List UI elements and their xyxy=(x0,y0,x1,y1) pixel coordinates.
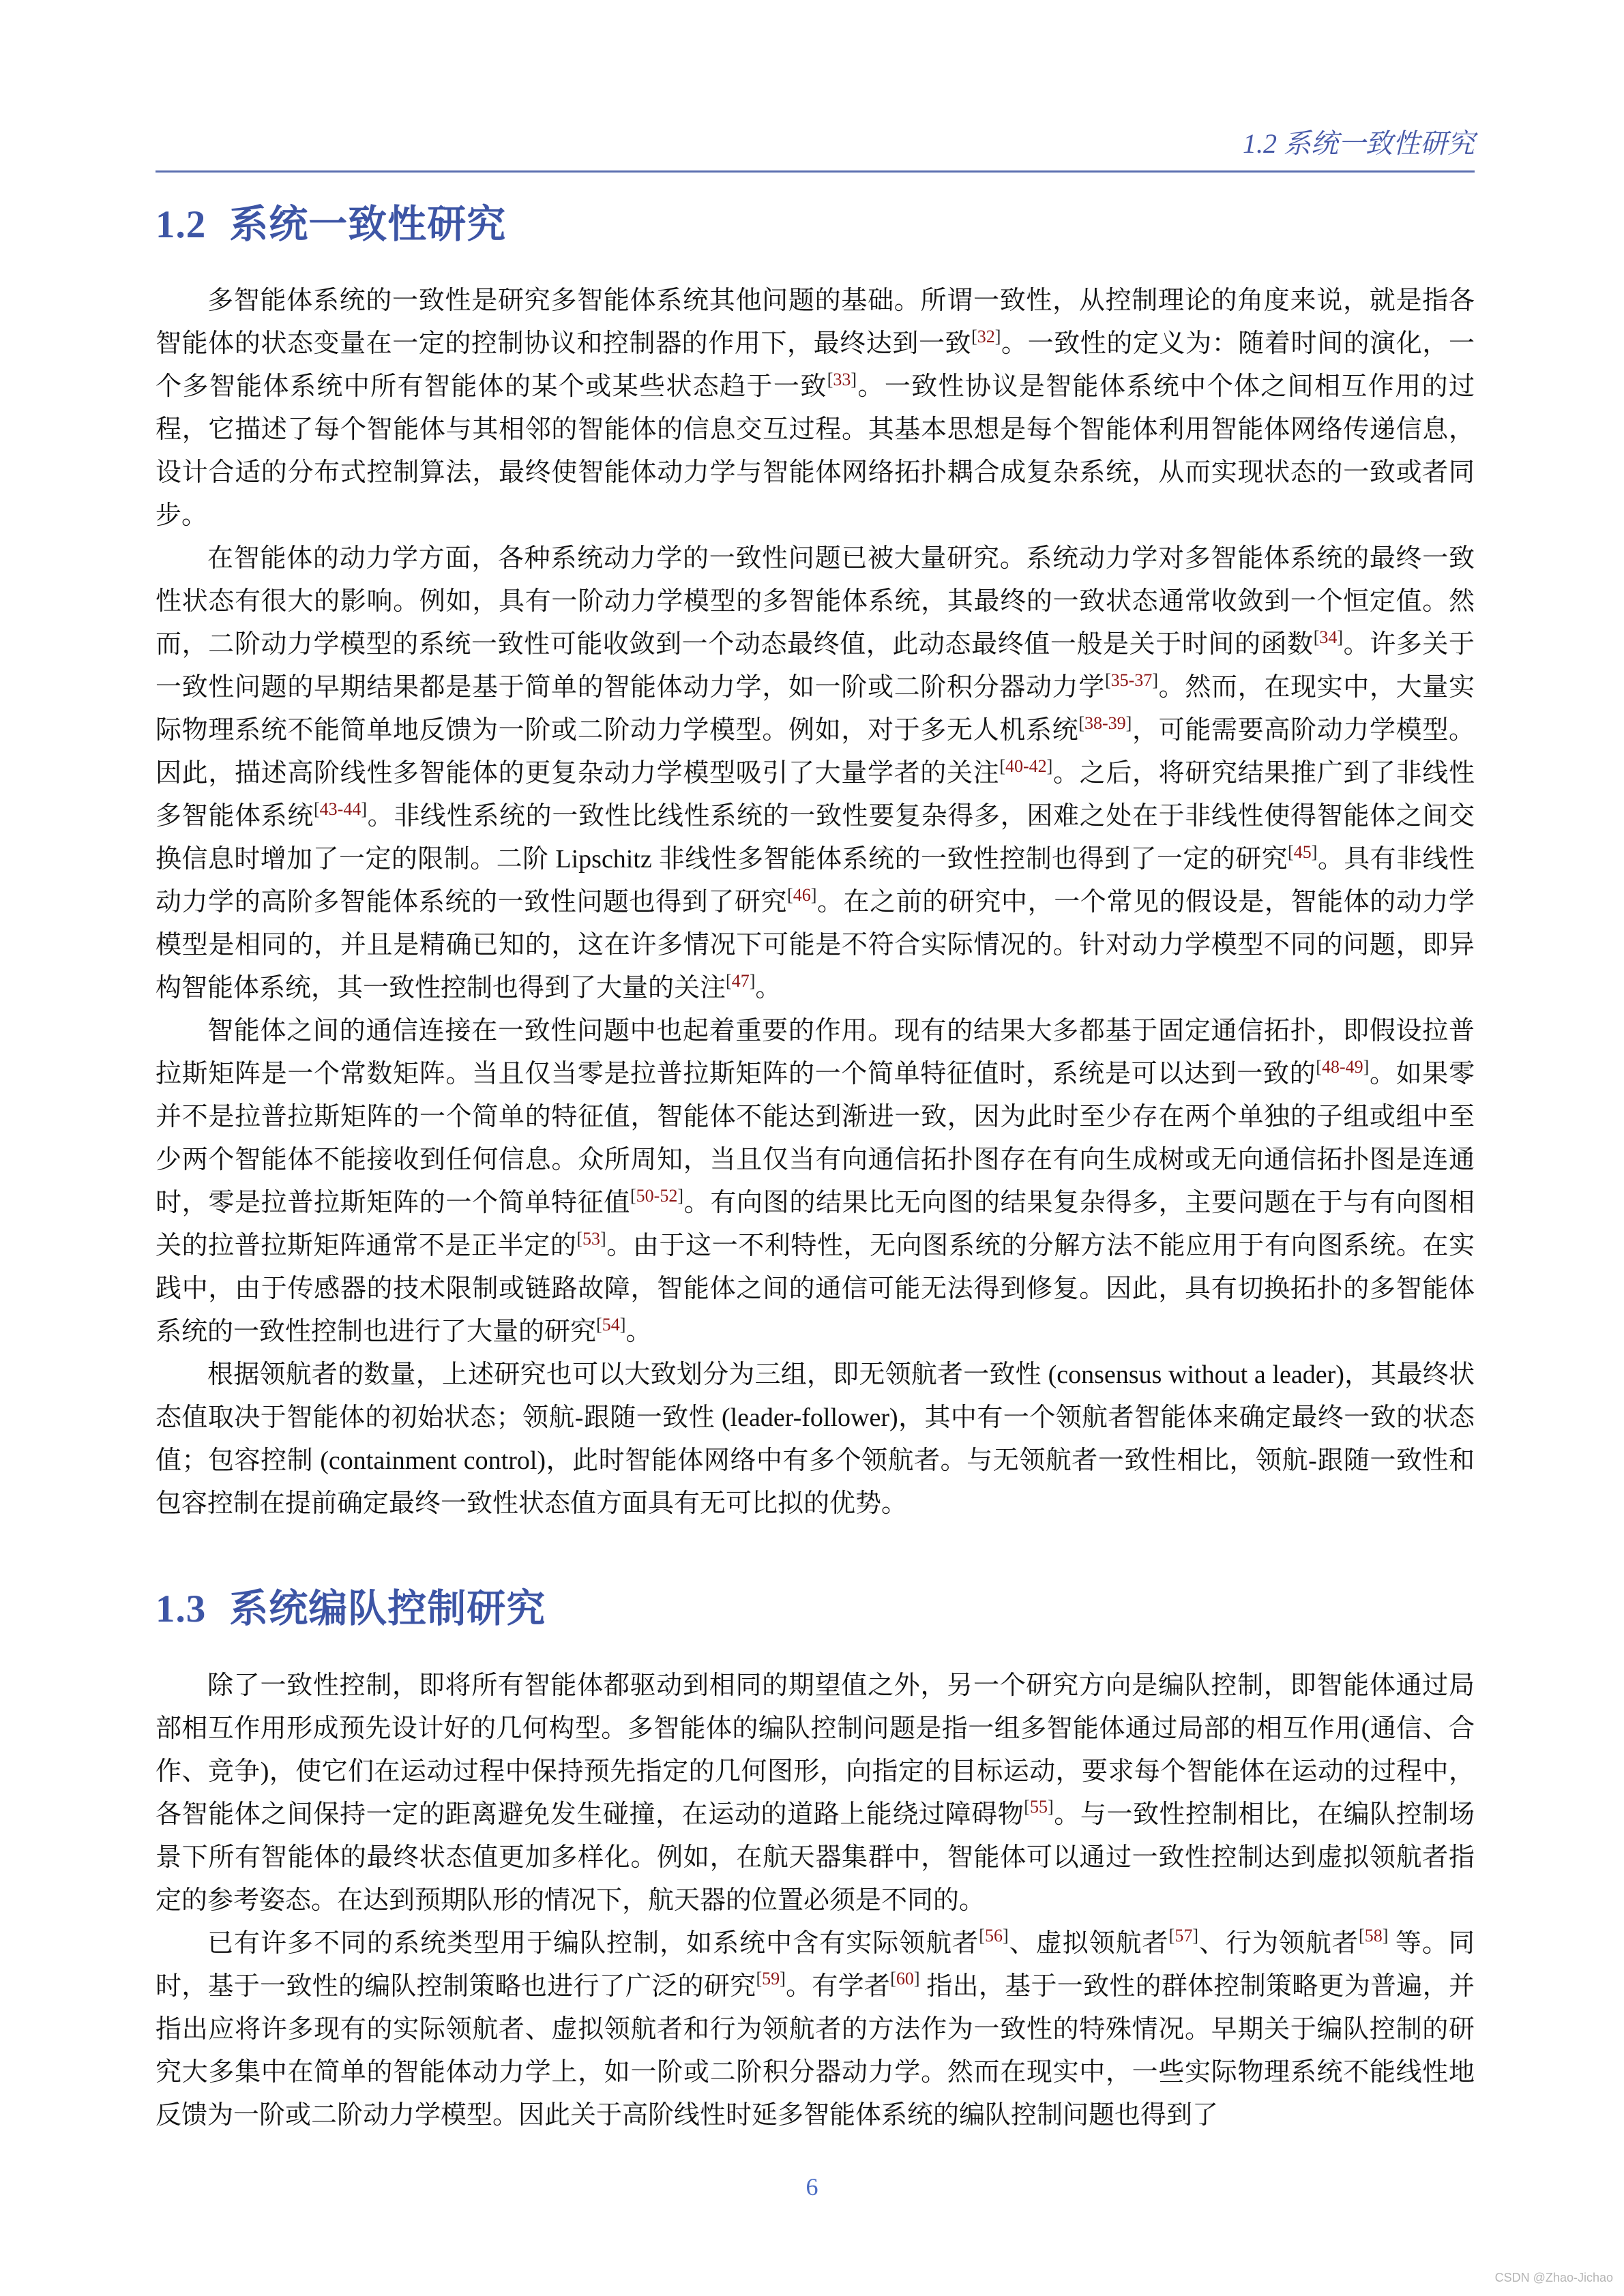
citation-ref: [53] xyxy=(576,1229,606,1249)
section-1-3-paragraphs: 除了一致性控制，即将所有智能体都驱动到相同的期望值之外，另一个研究方向是编队控制… xyxy=(156,1665,1475,2137)
section-heading-1-2: 1.2系统一致性研究 xyxy=(156,201,1475,248)
citation-ref: [47] xyxy=(726,971,755,991)
paragraph: 除了一致性控制，即将所有智能体都驱动到相同的期望值之外，另一个研究方向是编队控制… xyxy=(156,1665,1475,1922)
citation-ref: [50-52] xyxy=(630,1186,683,1206)
citation-ref: [35-37] xyxy=(1105,670,1158,690)
citation-ref: [57] xyxy=(1169,1926,1198,1945)
citation-ref: [32] xyxy=(971,327,1001,346)
citation-ref: [58] xyxy=(1359,1926,1388,1945)
section-1-2-paragraphs: 多智能体系统的一致性是研究多智能体系统其他问题的基础。所谓一致性，从控制理论的角… xyxy=(156,280,1475,1525)
section-title: 系统编队控制研究 xyxy=(229,1587,546,1630)
running-header: 1.2 系统一致性研究 xyxy=(156,0,1475,161)
document-page: 1.2 系统一致性研究 1.2系统一致性研究 多智能体系统的一致性是研究多智能体… xyxy=(0,0,1624,2296)
citation-ref: [40-42] xyxy=(999,756,1052,776)
paragraph: 在智能体的动力学方面，各种系统动力学的一致性问题已被大量研究。系统动力学对多智能… xyxy=(156,537,1475,1010)
paragraph: 根据领航者的数量，上述研究也可以大致划分为三组，即无领航者一致性 (consen… xyxy=(156,1354,1475,1525)
citation-ref: [59] xyxy=(756,1969,785,1988)
section-number: 1.3 xyxy=(156,1587,206,1630)
section-number: 1.2 xyxy=(156,203,206,246)
citation-ref: [60] xyxy=(890,1969,919,1988)
section-title: 系统一致性研究 xyxy=(229,203,506,246)
citation-ref: [34] xyxy=(1314,627,1343,647)
citation-ref: [55] xyxy=(1024,1797,1053,1817)
citation-ref: [56] xyxy=(979,1926,1008,1945)
citation-ref: [54] xyxy=(596,1315,625,1335)
section-heading-1-3: 1.3系统编队控制研究 xyxy=(156,1585,1475,1632)
citation-ref: [43-44] xyxy=(314,799,367,819)
paragraph: 多智能体系统的一致性是研究多智能体系统其他问题的基础。所谓一致性，从控制理论的角… xyxy=(156,280,1475,537)
citation-ref: [33] xyxy=(827,370,857,389)
paragraph: 智能体之间的通信连接在一致性问题中也起着重要的作用。现有的结果大多都基于固定通信… xyxy=(156,1010,1475,1354)
header-rule xyxy=(156,170,1475,173)
citation-ref: [46] xyxy=(787,885,816,905)
page-number: 6 xyxy=(0,2173,1624,2201)
citation-ref: [45] xyxy=(1288,842,1317,862)
watermark: CSDN @Zhao-Jichao xyxy=(1495,2271,1613,2285)
citation-ref: [38-39] xyxy=(1078,713,1132,733)
citation-ref: [48-49] xyxy=(1316,1057,1369,1077)
paragraph: 已有许多不同的系统类型用于编队控制，如系统中含有实际领航者[56]、虚拟领航者[… xyxy=(156,1922,1475,2137)
